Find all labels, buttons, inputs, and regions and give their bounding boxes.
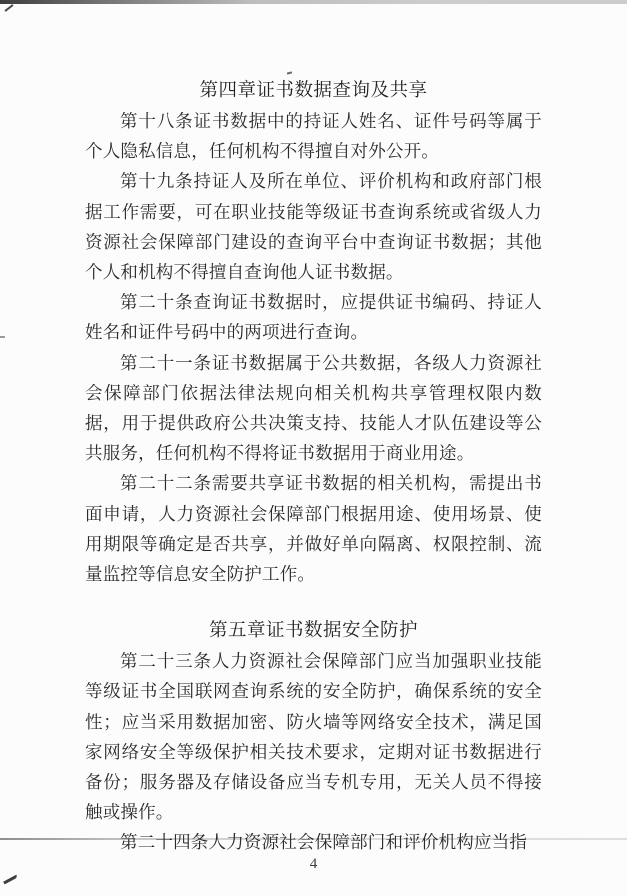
- scan-artifact-speckle: [287, 71, 292, 74]
- paragraph-article-20: 第二十条查询证书数据时，应提供证书编码、持证人姓名和证件号码中的两项进行查询。: [85, 287, 542, 347]
- document-body: 第四章证书数据查询及共享 第十八条证书数据中的持证人姓名、证件号码等属于个人隐私…: [85, 76, 542, 858]
- chapter-4-heading: 第四章证书数据查询及共享: [85, 76, 542, 106]
- paragraph-article-22: 第二十二条需要共享证书数据的相关机构，需提出书面申请，人力资源社会保障部门根据用…: [85, 468, 542, 589]
- scan-artifact-top-edge: [0, 0, 627, 4]
- paragraph-article-21: 第二十一条证书数据属于公共数据，各级人力资源社会保障部门依据法律法规向相关机构共…: [85, 348, 542, 469]
- scanned-document-page: 第四章证书数据查询及共享 第十八条证书数据中的持证人姓名、证件号码等属于个人隐私…: [0, 0, 627, 896]
- scan-artifact-bottom-left-tick: [3, 875, 18, 885]
- page-number: 4: [0, 856, 627, 873]
- paragraph-article-19: 第十九条持证人及所在单位、评价机构和政府部门根据工作需要，可在职业技能等级证书查…: [85, 166, 542, 287]
- paragraph-article-23: 第二十三条人力资源社会保障部门应当加强职业技能等级证书全国联网查询系统的安全防护…: [85, 646, 542, 827]
- scan-artifact-left-speckle: [0, 336, 5, 338]
- paragraph-article-24-partial: 第二十四条人力资源社会保障部门和评价机构应当指: [85, 827, 542, 857]
- chapter-5-heading: 第五章证书数据安全防护: [85, 616, 542, 646]
- scan-artifact-top-left-tick: [4, 4, 13, 12]
- paragraph-article-18: 第十八条证书数据中的持证人姓名、证件号码等属于个人隐私信息，任何机构不得擅自对外…: [85, 106, 542, 166]
